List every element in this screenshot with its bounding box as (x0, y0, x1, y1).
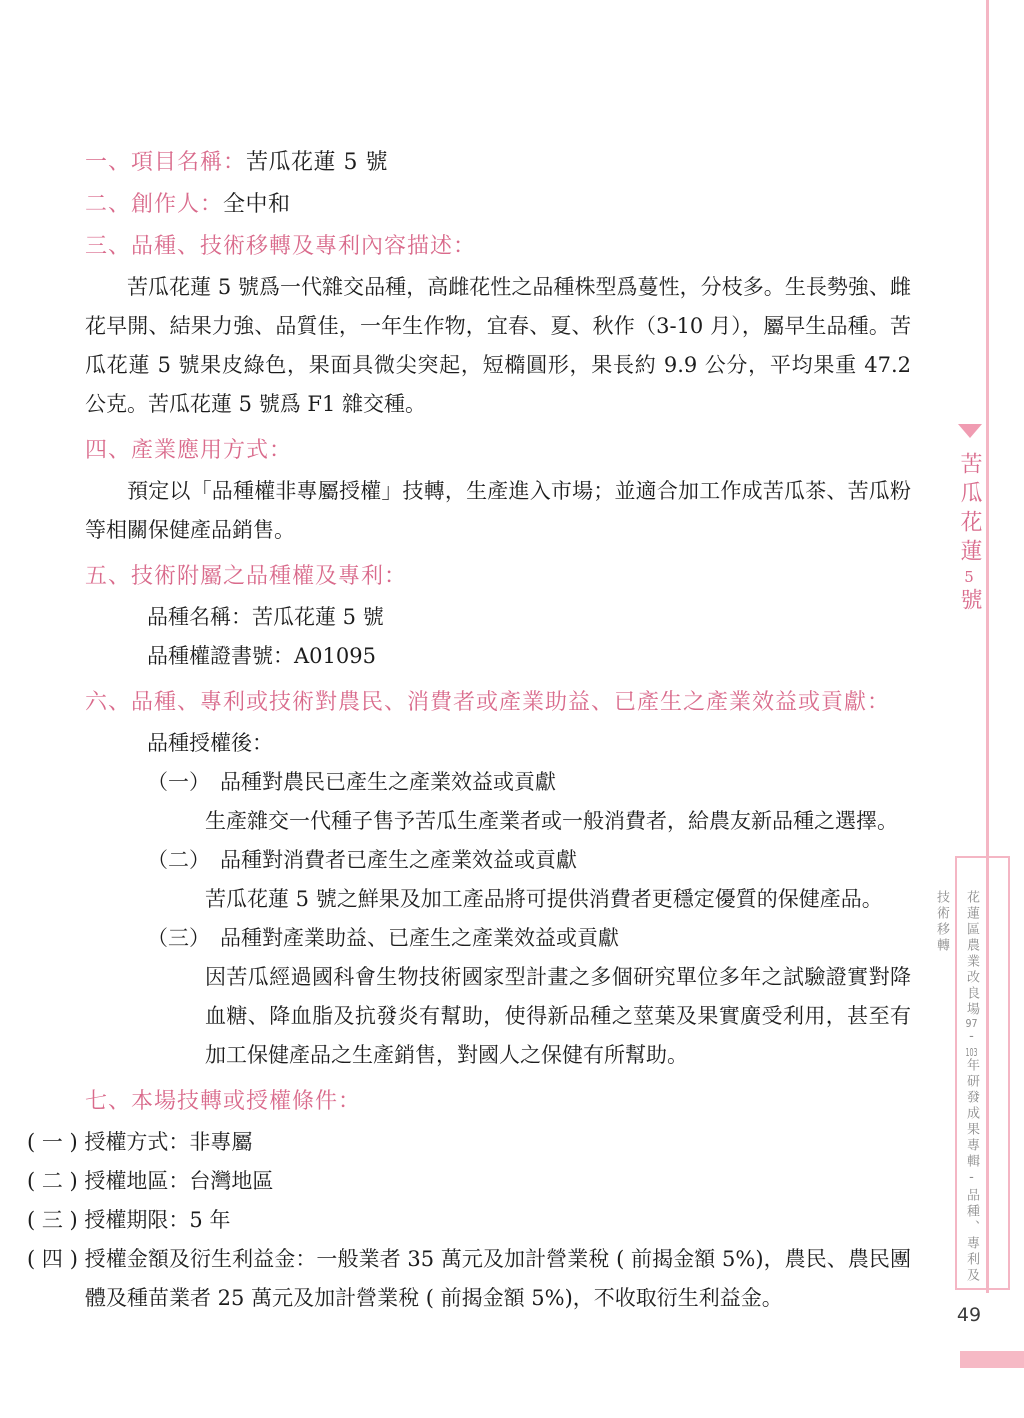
benefit-item-1-title: （一）品種對農民已產生之產業效益或貢獻 (147, 763, 911, 802)
section-7-heading: 七、本場技轉或授權條件： (85, 1081, 911, 1123)
license-condition-4: ( 四 ) 授權金額及衍生利益金：一般業者 35 萬元及加計營業稅 ( 前揭金額… (85, 1240, 911, 1318)
license-condition-1: ( 一 ) 授權方式：非專屬 (85, 1123, 911, 1162)
triangle-down-icon (958, 424, 982, 438)
section-2-value: 全中和 (223, 192, 291, 217)
section-4-heading: 四、產業應用方式： (85, 430, 911, 472)
edition-strip-text: 花蓮區農業改良場97-103年研發成果專輯-品種、專利及技術移轉 (956, 890, 986, 1286)
section-1-heading: 一、項目名稱：苦瓜花蓮 5 號 (85, 142, 911, 184)
section-1-value: 苦瓜花蓮 5 號 (246, 150, 388, 175)
section-2-heading: 二、創作人：全中和 (85, 184, 911, 226)
page-number: 49 (953, 1304, 985, 1326)
section-6-intro: 品種授權後： (147, 724, 911, 763)
section-3-heading: 三、品種、技術移轉及專利內容描述： (85, 226, 911, 268)
license-condition-2: ( 二 ) 授權地區：台灣地區 (85, 1162, 911, 1201)
section-6-heading: 六、品種、專利或技術對農民、消費者或產業助益、已產生之產業效益或貢獻： (85, 682, 911, 724)
section-3-paragraph: 苦瓜花蓮 5 號爲一代雜交品種，高雌花性之品種株型爲蔓性，分枝多。生長勢強、雌花… (85, 268, 911, 424)
benefit-item-2-title: （二）品種對消費者已產生之產業效益或貢獻 (147, 841, 911, 880)
main-content: 一、項目名稱：苦瓜花蓮 5 號 二、創作人：全中和 三、品種、技術移轉及專利內容… (85, 142, 911, 1318)
benefit-item-2-body: 苦瓜花蓮 5 號之鮮果及加工產品將可提供消費者更穩定優質的保健產品。 (205, 880, 911, 919)
benefit-item-3-body: 因苦瓜經過國科會生物技術國家型計畫之多個研究單位多年之試驗證實對降血糖、降血脂及… (205, 958, 911, 1075)
corner-accent-rect (960, 1351, 1024, 1368)
benefit-item-2-marker: （二） (147, 848, 210, 872)
benefit-item-3-title-text: 品種對產業助益、已產生之產業效益或貢獻 (220, 926, 619, 950)
benefit-item-3-marker: （三） (147, 926, 210, 950)
benefit-item-2-title-text: 品種對消費者已產生之產業效益或貢獻 (220, 848, 577, 872)
certificate-number-line: 品種權證書號：A01095 (147, 637, 911, 676)
benefit-item-1-body: 生產雜交一代種子售予苦瓜生產業者或一般消費者，給農友新品種之選擇。 (205, 802, 911, 841)
benefit-item-3-title: （三）品種對產業助益、已產生之產業效益或貢獻 (147, 919, 911, 958)
benefit-item-1-marker: （一） (147, 770, 210, 794)
chapter-tab-title: 苦瓜花蓮5號 (959, 452, 985, 617)
section-1-label: 一、項目名稱： (85, 150, 246, 175)
section-4-paragraph: 預定以「品種權非專屬授權」技轉，生產進入市場；並適合加工作成苦瓜茶、苦瓜粉等相關… (85, 472, 911, 550)
section-5-heading: 五、技術附屬之品種權及專利： (85, 556, 911, 598)
license-condition-3: ( 三 ) 授權期限：5 年 (85, 1201, 911, 1240)
benefit-item-1-title-text: 品種對農民已產生之產業效益或貢獻 (220, 770, 556, 794)
section-2-label: 二、創作人： (85, 192, 223, 217)
document-page: 一、項目名稱：苦瓜花蓮 5 號 二、創作人：全中和 三、品種、技術移轉及專利內容… (0, 0, 1024, 1418)
variety-name-line: 品種名稱：苦瓜花蓮 5 號 (147, 598, 911, 637)
